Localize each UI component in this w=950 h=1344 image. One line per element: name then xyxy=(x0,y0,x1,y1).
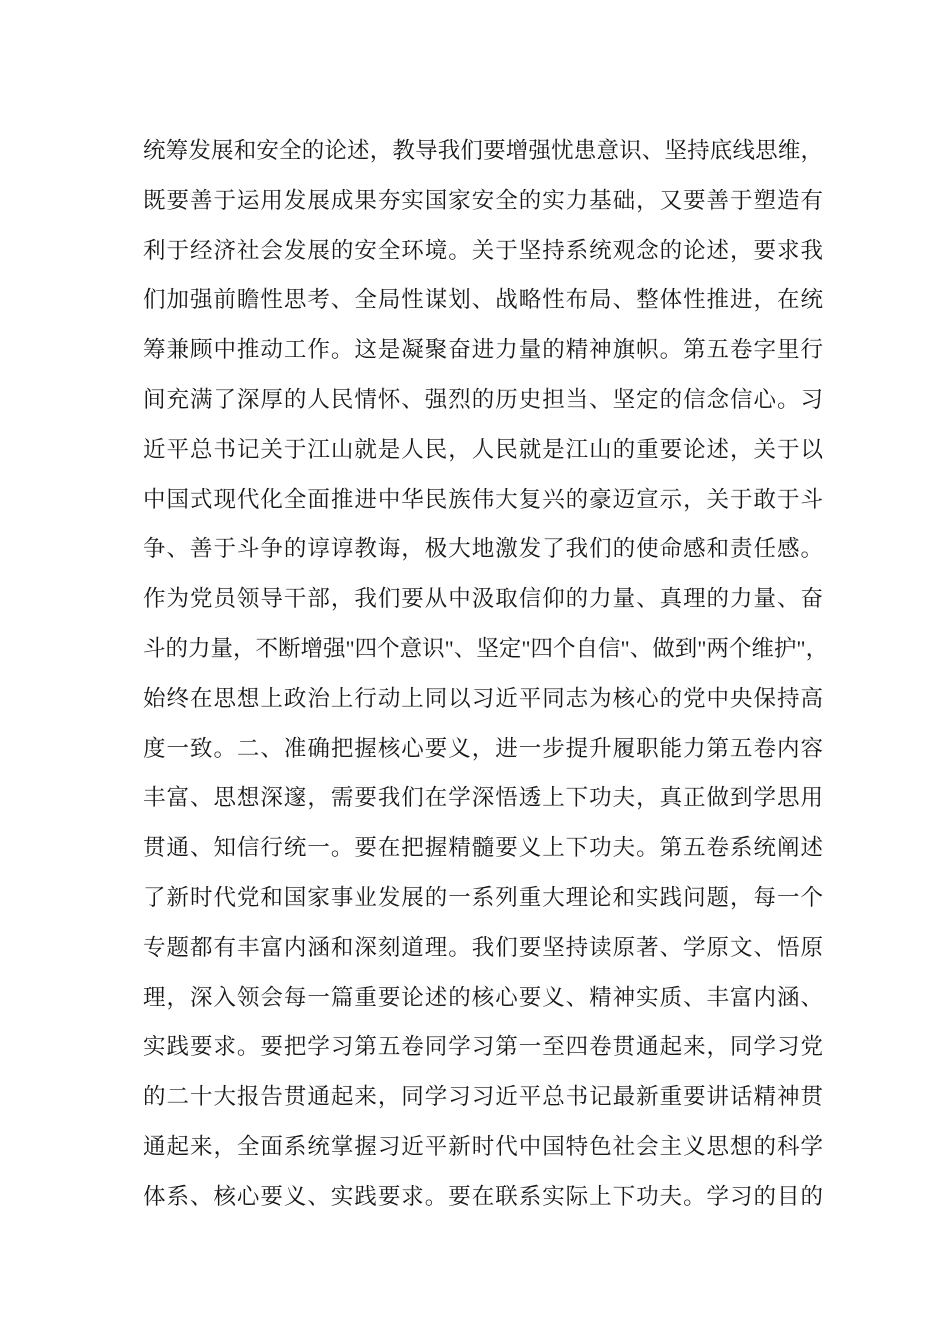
document-page: 统筹发展和安全的论述，教导我们要增强忧患意识、坚持底线思维， 既要善于运用发展成… xyxy=(0,0,950,1344)
text-line: 了新时代党和国家事业发展的一系列重大理论和实践问题，每一个 xyxy=(143,873,823,923)
text-line: 近平总书记关于江山就是人民，人民就是江山的重要论述，关于以 xyxy=(143,425,823,475)
text-line: 利于经济社会发展的安全环境。关于坚持系统观念的论述，要求我 xyxy=(143,226,823,276)
text-line: 实践要求。要把学习第五卷同学习第一至四卷贯通起来，同学习党 xyxy=(143,1022,823,1072)
text-line: 斗的力量，不断增强"四个意识"、坚定"四个自信"、做到"两个维护"， xyxy=(143,624,823,674)
text-line: 间充满了深厚的人民情怀、强烈的历史担当、坚定的信念信心。习 xyxy=(143,375,823,425)
text-line: 作为党员领导干部，我们要从中汲取信仰的力量、真理的力量、奋 xyxy=(143,574,823,624)
text-line: 贯通、知信行统一。要在把握精髓要义上下功夫。第五卷系统阐述 xyxy=(143,823,823,873)
text-line: 们加强前瞻性思考、全局性谋划、战略性布局、整体性推进，在统 xyxy=(143,275,823,325)
text-line: 既要善于运用发展成果夯实国家安全的实力基础，又要善于塑造有 xyxy=(143,176,823,226)
document-text-block: 统筹发展和安全的论述，教导我们要增强忧患意识、坚持底线思维， 既要善于运用发展成… xyxy=(143,126,823,1222)
text-line: 通起来，全面系统掌握习近平新时代中国特色社会主义思想的科学 xyxy=(143,1122,823,1172)
text-line: 争、善于斗争的谆谆教诲，极大地激发了我们的使命感和责任感。 xyxy=(143,524,823,574)
text-line: 度一致。二、准确把握核心要义，进一步提升履职能力第五卷内容 xyxy=(143,724,823,774)
text-line: 的二十大报告贯通起来，同学习习近平总书记最新重要讲话精神贯 xyxy=(143,1072,823,1122)
text-line: 筹兼顾中推动工作。这是凝聚奋进力量的精神旗帜。第五卷字里行 xyxy=(143,325,823,375)
text-line: 中国式现代化全面推进中华民族伟大复兴的豪迈宣示，关于敢于斗 xyxy=(143,475,823,525)
text-line: 体系、核心要义、实践要求。要在联系实际上下功夫。学习的目的 xyxy=(143,1172,823,1222)
text-line: 丰富、思想深邃，需要我们在学深悟透上下功夫，真正做到学思用 xyxy=(143,773,823,823)
text-line: 专题都有丰富内涵和深刻道理。我们要坚持读原著、学原文、悟原 xyxy=(143,923,823,973)
text-line: 统筹发展和安全的论述，教导我们要增强忧患意识、坚持底线思维， xyxy=(143,126,823,176)
text-line: 始终在思想上政治上行动上同以习近平同志为核心的党中央保持高 xyxy=(143,674,823,724)
text-line: 理，深入领会每一篇重要论述的核心要义、精神实质、丰富内涵、 xyxy=(143,973,823,1023)
